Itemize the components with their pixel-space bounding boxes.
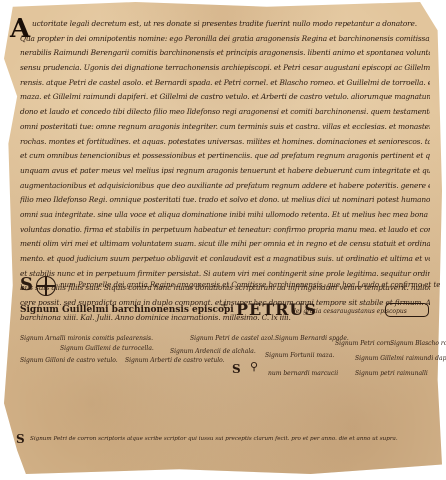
witness-signature: Signum Blascho romeo. [390, 340, 446, 347]
text-line: et stabilis nunc et in perpetuum firmite… [20, 267, 430, 282]
monogram-icon [385, 303, 429, 317]
scribe-signature: Signum Petri de corron scriptoris atque … [30, 436, 420, 442]
text-line: sensu prudencia. Ugonis dei dignatione t… [20, 61, 430, 76]
signum-knot-icon: ⚲ [250, 360, 258, 373]
text-line: et cum omnibus tenencionibus et possessi… [20, 149, 430, 164]
text-line: rensis. atque Petri de castel asolo. et … [20, 76, 430, 91]
text-line: rochas. montes et fortitudines. et aquas… [20, 135, 430, 150]
text-line: menti olim viri mei et ultimam voluntate… [20, 237, 430, 252]
text-line: Qua propter in dei omnipotentis nomine: … [20, 32, 430, 47]
text-line: maza. et Gillelmi raimundi dapiferi. et … [20, 90, 430, 105]
text-line: voluntas donatio. firma et stabilis in p… [20, 223, 430, 238]
witness-signature: num bernardi marcucii [268, 370, 338, 377]
witness-signature: Signum Arberti de castro vetulo. [125, 357, 225, 364]
witness-signature: Signum Petri de castel azol. [190, 335, 275, 342]
witness-signature: Signum Fortunii maza. [265, 352, 334, 359]
charter-body: uctoritate legali decretum est, ut res d… [20, 17, 430, 325]
text-line: omni posteritati tue: omne regnum aragon… [20, 120, 430, 135]
signum-letter-s: S [16, 432, 25, 446]
text-line: dono et laudo et concedo tibi dilecto fi… [20, 105, 430, 120]
royal-signum-cross-icon [36, 276, 56, 296]
witness-signature: Signum Gilloni de castro vetulo. [20, 357, 118, 364]
text-line: omni sua integritate. sine ulla voce et … [20, 208, 430, 223]
signum-letter-s: S [20, 274, 33, 295]
signature-queen: num Peronelle dei gratia Regine aragonen… [60, 281, 440, 289]
text-line: nerabilis Raimundi Berengarii comitis ba… [20, 46, 430, 61]
text-line: mento. et quod judicium suum perpetuo ob… [20, 252, 430, 267]
cross-icon: + [220, 300, 228, 311]
witness-signature: Signum Guillemi de turrocella. [60, 345, 154, 352]
witness-signature: Signum Ardencii de alchala. [170, 348, 256, 355]
witness-signature: Signum Gillelmi raimundi dapiferi [355, 355, 446, 362]
text-line: filio meo Ildefonso Regi. omnique poster… [20, 193, 430, 208]
signum-letter-s: S [232, 362, 241, 376]
signature-bishop-barcelona: Signum Guillelmi barchinonensis episcopi [20, 305, 234, 315]
witness-signature: Signum Arnalli mironis comitis palearens… [20, 335, 153, 342]
witness-signature: Signum petri raimunalli [355, 370, 428, 377]
text-line: uctoritate legali decretum est, ut res d… [20, 17, 430, 32]
text-line: augmentacionibus et adquisicionibus que … [20, 179, 430, 194]
text-line: unquam avus et pater meus vel melius ips… [20, 164, 430, 179]
witness-signature: Signum Petri corn. [335, 340, 392, 347]
